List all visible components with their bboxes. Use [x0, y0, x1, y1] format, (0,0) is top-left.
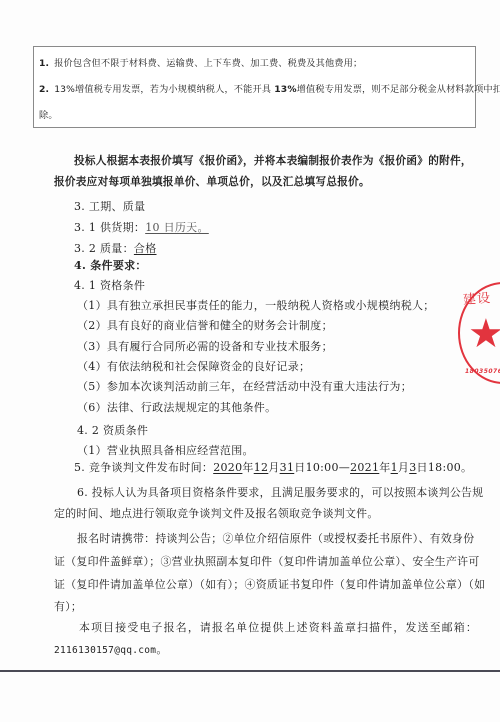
quality-label: 3. 2 质量：: [74, 242, 134, 255]
registration-line-4: 有）；: [54, 598, 82, 614]
note-item-1: 1.报价包含但不限于材料费、运输费、上下车费、加工费、税费及其他费用；: [39, 55, 362, 69]
quality: 3. 2 质量：合格: [74, 240, 157, 256]
electronic-registration-email-line: 2116130157@qq.com。: [54, 641, 168, 657]
email-suffix: 。: [156, 643, 167, 656]
start-month: 12: [254, 461, 269, 474]
condition-1: （1）具有独立承担民事责任的能力，一般纳税人资格或小规模纳税人；: [77, 297, 435, 313]
pricing-notes-box: 1.报价包含但不限于材料费、运输费、上下车费、加工费、税费及其他费用； 2.13…: [33, 46, 476, 128]
note-item-2-text-c: 增值税专用发票，则不足部分税金从材料款项中扣: [297, 84, 500, 95]
end-time: 18:00。: [428, 461, 473, 474]
document-page: 1.报价包含但不限于材料费、运输费、上下车费、加工费、税费及其他费用； 2.13…: [0, 0, 500, 722]
electronic-registration-line-1: 本项目接受电子报名，请报名单位提供上述资料盖章扫描件，发送至邮箱：: [79, 619, 478, 635]
seal-code: 18035076: [465, 368, 500, 375]
seal-star-icon: ★: [468, 314, 500, 354]
registration-email: 2116130157@qq.com: [54, 645, 156, 656]
condition-3: （3）具有履行合同所必需的设备和专业技术服务；: [77, 338, 333, 354]
registration-line-1: 报名时请携带：持谈判公告；②单位介绍信原件（或授权委托书原件）、有效身份: [77, 530, 474, 546]
qualification-1: （1）营业执照具备相应经营范围。: [77, 442, 254, 458]
note-item-2-text-a: 13%增值税专用发票，若为小规模纳税人，不能开具: [54, 84, 271, 95]
note-item-2-text-b: 13%: [274, 84, 296, 95]
note-item-1-text: 报价包含但不限于材料费、运输费、上下车费、加工费、税费及其他费用；: [54, 58, 362, 69]
start-day: 31: [280, 461, 295, 474]
supply-period-value: 10 日历天。: [145, 221, 209, 234]
section-4-title: 4. 条件要求：: [74, 257, 147, 273]
end-day: 3: [409, 461, 416, 474]
section-6-line-1: 6. 投标人认为具备项目资格条件要求，且满足服务要求的，可以按照本谈判公告规: [77, 484, 483, 500]
registration-line-3: 证（复印件请加盖单位公章）（如有）；④资质证书复印件（复印件请加盖单位公章）（如: [54, 576, 485, 592]
section-6-line-2: 定的时间、地点进行领取竞争谈判文件及报名领取竞争谈判文件。: [54, 505, 379, 521]
bidding-document-release-time: 5. 竞争谈判文件发布时间：2020年12月31日10:00—2021年1月3日…: [74, 459, 472, 475]
end-year: 2021: [350, 461, 379, 474]
condition-5: （5）参加本次谈判活动前三年，在经营活动中没有重大违法行为；: [77, 378, 412, 394]
start-time: 10:00—: [306, 461, 351, 474]
start-year: 2020: [213, 461, 242, 474]
section-3-title: 3. 工期、质量: [74, 198, 145, 214]
quality-value: 合格: [134, 242, 157, 255]
registration-line-2: 证（复印件盖鲜章）；③营业执照副本复印件（复印件请加盖单位公章）、安全生产许可: [54, 553, 480, 569]
section-4-2-title: 4. 2 资质条件: [77, 422, 148, 438]
note-item-1-number: 1.: [39, 58, 49, 69]
page-divider: [0, 670, 500, 672]
condition-4: （4）有依法纳税和社会保障资金的良好记录；: [77, 358, 310, 374]
release-time-label: 5. 竞争谈判文件发布时间：: [74, 461, 213, 474]
supply-period: 3. 1 供货期：10 日历天。: [74, 219, 209, 235]
section-4-1-title: 4. 1 资格条件: [74, 277, 145, 293]
official-seal: 建设 ★ 18035076: [458, 282, 500, 384]
intro-line-2: 报价表应对每项单独填报单价、单项总价，以及汇总填写总报价。: [54, 174, 370, 189]
seal-text: 建设: [462, 287, 491, 308]
supply-period-label: 3. 1 供货期：: [74, 221, 145, 234]
note-item-2: 2.13%增值税专用发票，若为小规模纳税人，不能开具 13%增值税专用发票，则不…: [39, 81, 500, 95]
day-char: 日: [294, 461, 305, 474]
year-char: 年: [242, 461, 253, 474]
note-item-2-text-d: 除。: [39, 110, 58, 121]
year-char-2: 年: [379, 461, 390, 474]
note-item-2-continuation: 除。: [39, 107, 58, 121]
intro-line-1: 投标人根据本表报价填写《报价函》，并将本表编制报价表作为《报价函》的附件，: [74, 153, 472, 168]
condition-2: （2）具有良好的商业信誉和健全的财务会计制度；: [77, 317, 333, 333]
day-char-2: 日: [417, 461, 428, 474]
month-char-2: 月: [398, 461, 409, 474]
note-item-2-number: 2.: [39, 84, 49, 95]
month-char: 月: [268, 461, 279, 474]
end-month: 1: [391, 461, 398, 474]
condition-6: （6）法律、行政法规规定的其他条件。: [77, 399, 276, 415]
